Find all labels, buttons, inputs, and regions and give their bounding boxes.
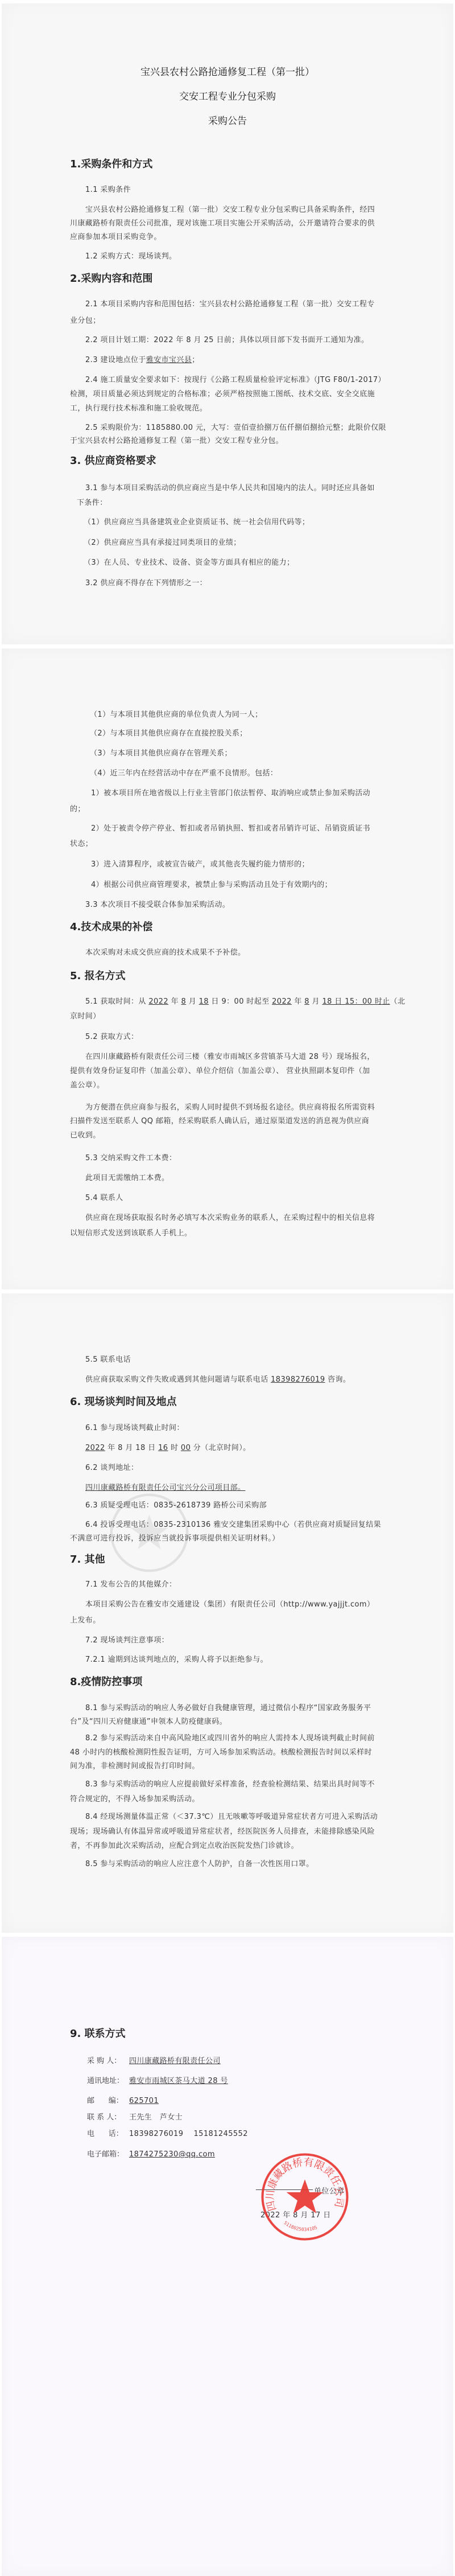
section-5-2-label: 5.2 获取方式： [85, 1030, 138, 1041]
section-6-4-text-1: 6.4 投诉受理电话：0835-2310136 雅安交建集团采购中心（若供应商对… [85, 1518, 381, 1529]
section-5-2-text-3: 盖公章）。 [70, 1079, 105, 1090]
section-8-5-text: 8.5 参与采购活动的响应人应注意个人防护，自备一次性医用口罩。 [85, 1858, 314, 1868]
company-seal-icon: 四川康藏路桥有限责任公司 5118025034105 [259, 2151, 351, 2243]
section-1-1-text-1: 宝兴县农村公路抢通修复工程（第一批）交安工程专业分包采购已具备采购条件，经四 [85, 203, 375, 214]
remote-signup-text-2: 扫描件发送至联系人 QQ 邮箱，经采购联系人确认后，通过原渠道发送的消息视为供应… [70, 1115, 369, 1125]
section-8-4-text-1: 8.4 经现场测量体温正常（＜37.3℃）且无咳嗽等呼吸道异常症状者方可进入采购… [85, 1810, 378, 1821]
section-2-4-text-1: 2.4 施工质量安全要求如下：按现行《公路工程质量检验评定标准》（JTG F80… [85, 373, 386, 384]
section-7-2-1-text: 7.2.1 逾期到达谈判地点的，采购人将予以拒绝参与。 [85, 1653, 268, 1664]
section-1-1-label: 1.1 采购条件 [85, 183, 131, 194]
condition-item: （1）供应商应当具备建筑业企业资质证书、统一社会信用代码等； [84, 516, 309, 527]
page-3 [2, 1293, 453, 1933]
section-2-1-text-1: 2.1 本项目采购内容和范围包括：宝兴县农村公路抢通修复工程（第一批）交安工程专 [85, 298, 375, 309]
section-4-text: 本次采购对未成交供应商的技术成果不予补偿。 [85, 946, 245, 957]
exclusion-item: （4）近三年内在经营活动中存在严重不良情形。包括： [90, 767, 278, 778]
svg-text:5118025034105: 5118025034105 [283, 2220, 318, 2232]
remote-signup-text-3: 已收到。 [70, 1129, 101, 1140]
section-6-1-label: 6.1 参与现场谈判截止时间： [85, 1421, 184, 1432]
section-5-2-text-2: 提供有效身份证复印件（加盖公章）、单位介绍信（加盖公章）、 营业执照副本复印件（… [70, 1065, 370, 1075]
section-5-4-text-1: 供应商在现场获取报名时务必填写本次采购业务的联系人，在采购过程中的相关信息将 [85, 1211, 375, 1222]
page-break [0, 644, 455, 648]
sub-item-2-line-2: 状态； [70, 837, 93, 848]
section-6-1-deadline: 2022 年 8 月 18 日 16 时 00 分（北京时间）。 [85, 1441, 251, 1452]
section-2-5-text-2: 于宝兴县农村公路抢通修复工程（第一批）交安工程专业分包。 [70, 434, 283, 445]
condition-item: （2）供应商应当具有承接过同类项目的业绩； [84, 536, 241, 547]
section-3-heading: 3. 供应商资格要求 [70, 453, 156, 467]
sub-item-1-line-1: 1）被本项目所在地省级以上行业主管部门依法暂停、取消响应或禁止参加采购活动 [91, 787, 370, 798]
section-6-heading: 6. 现场谈判时间及地点 [70, 1394, 177, 1408]
contact-row-person: 联 系 人：王先生 芦女士 [87, 2111, 183, 2122]
sub-item-3: 3）进入清算程序，或被宣告破产，或其他丧失履约能力情形的； [91, 858, 309, 869]
doc-title-line-1: 宝兴县农村公路抢通修复工程（第一批） [0, 64, 455, 78]
section-4-heading: 4.技术成果的补偿 [70, 919, 152, 934]
section-3-1-text-2: 下条件： [77, 496, 107, 507]
section-1-1-text-2: 川康藏路桥有限责任公司批准，现对该施工项目实施公开采购活动，公开邀请符合要求的供 [70, 217, 375, 228]
exclusion-item: （3）与本项目其他供应商存在管理关系； [90, 747, 232, 758]
section-3-1-text-1: 3.1 参与本项目采购活动的供应商应当是中华人民共和国境内的法人。同时还应具备如 [85, 482, 375, 492]
section-5-5-text: 供应商获取采购文件失败或遇到其他问题请与联系电话 18398276019 咨询。 [85, 1373, 350, 1384]
negotiation-address: 四川康藏路桥有限责任公司宝兴分公司项目部。 [85, 1481, 245, 1492]
section-1-heading: 1.采购条件和方式 [70, 156, 152, 171]
contact-phone: 18398276019 [271, 1375, 325, 1384]
email-link[interactable]: 1874275230@qq.com [129, 2150, 215, 2159]
section-8-1-text-2: 台”及“四川天府健康通”申领本人防疫健康码。 [70, 1715, 227, 1726]
contact-row-phone: 电 话：18398276019 15181245552 [87, 2127, 248, 2138]
section-8-3-text-2: 符合规定的，不得入场参加采购活动。 [70, 1793, 200, 1803]
section-7-2-label: 7.2 现场谈判注意事项： [85, 1634, 169, 1645]
section-6-3-text: 6.3 质疑受理电话：0835-2618739 路桥公司采购部 [85, 1499, 267, 1510]
section-2-2-text: 2.2 项目计划工期：2022 年 8 月 25 日前；具体以项目部下发书面开工… [85, 334, 369, 344]
sub-item-4: 4）根据公司供应商管理要求，被禁止参与采购活动且处于有效期内的； [91, 878, 332, 889]
contact-row-email: 电子邮箱：1874275230@qq.com [87, 2148, 215, 2159]
section-5-4-text-2: 以短信形式发送到该联系人手机上。 [70, 1227, 192, 1238]
section-5-5-label: 5.5 联系电话 [85, 1353, 131, 1364]
section-2-heading: 2.采购内容和范围 [70, 270, 152, 285]
section-8-4-text-3: 者，不再参加此次采购活动，应配合到定点收治医院发热门诊就诊。 [70, 1839, 299, 1850]
condition-item: （3）在人员、专业技术、设备、资金等方面具有相应的能力； [84, 556, 294, 567]
location-link: 雅安市宝兴县 [146, 356, 192, 364]
section-3-3-text: 3.3 本次项目不接受联合体参加采购活动。 [85, 898, 230, 909]
exclusion-item: （1）与本项目其他供应商的单位负责人为同一人； [90, 708, 262, 719]
page-break [0, 1289, 455, 1293]
section-8-4-text-2: 现场；现场确认有体温异常或呼吸道异常症状者，经医院医务人员排查，未能排除感染风险 [70, 1825, 375, 1836]
section-2-3-text: 2.3 建设地点位于雅安市宝兴县； [85, 354, 200, 364]
section-7-1-text-2: 上发布。 [70, 1614, 101, 1625]
section-5-3-text: 此项目无需缴纳工本费。 [85, 1172, 169, 1182]
section-1-1-text-3: 应商参加本项目采购竞争。 [70, 231, 162, 241]
section-2-5-text-1: 2.5 采购限价为：1185880.00 元，大写：壹佰壹拾捌万伍仟捌佰捌拾元整… [85, 421, 386, 432]
section-8-1-text-1: 8.1 参与采购活动的响应人务必做好自我健康管理，通过微信小程序“国家政务服务平 [85, 1702, 371, 1712]
section-6-4-text-2: 不满意可进行投诉，投诉应当就投诉事项提供相关证明材料。） [70, 1532, 280, 1543]
section-2-4-text-3: 工，执行现行技术标准和施工验收规范。 [70, 402, 207, 413]
contact-row-purchaser: 采 购 人：四川康藏路桥有限责任公司 [87, 2055, 221, 2065]
contact-row-postcode: 邮 编：625701 [87, 2094, 159, 2105]
section-7-1-text-1: 本项目采购公告在雅安市交通建设（集团）有限责任公司（http://www.yaj… [85, 1598, 374, 1609]
section-7-1-label: 7.1 发布公告的其他媒介： [85, 1578, 176, 1589]
exclusion-item: （2）与本项目其他供应商存在直接控股关系； [90, 727, 247, 738]
section-6-2-label: 6.2 谈判地址： [85, 1461, 138, 1472]
section-5-2-text-1: 在四川康藏路桥有限责任公司三楼（雅安市雨城区多营镇茶马大道 28 号）现场报名， [85, 1050, 375, 1061]
sub-item-1-line-2: 的； [70, 803, 85, 814]
section-2-4-text-2: 检测，项目质量必须达到规定的合格标准；必须严格按照施工图纸、技术交底、安全交底施 [70, 388, 375, 398]
page-break [0, 1933, 455, 1937]
section-8-3-text-1: 8.3 参与采购活动的响应人应提前做好采样准备，经查验检测结果、结果出具时间等不 [85, 1778, 375, 1789]
section-8-2-text-2: 48 小时内的核酸检测阴性报告证明，方可入场参加采购活动。核酸检测报告时间以采样… [70, 1746, 372, 1757]
section-5-3-label: 5.3 交纳采购文件工本费： [85, 1152, 176, 1162]
doc-title-line-2: 交安工程专业分包采购 [0, 88, 455, 102]
section-8-2-text-1: 8.2 参与采购活动来自中高风险地区或四川省外的响应人需持本人现场谈判截止时间前 [85, 1732, 375, 1743]
contact-row-address: 通讯地址：雅安市雨城区茶马大道 28 号 [87, 2074, 228, 2085]
section-8-2-text-3: 间为准，非检测时间或报告打印时间。 [70, 1760, 200, 1770]
section-5-1-text: 5.1 获取时间：从 2022 年 8 月 18 日 9：00 时起至 2022… [85, 995, 405, 1006]
section-7-heading: 7. 其他 [70, 1551, 105, 1566]
section-5-heading: 5. 报名方式 [70, 968, 126, 983]
section-1-2-text: 1.2 采购方式：现场谈判。 [85, 250, 176, 261]
section-2-1-text-2: 业分包； [70, 314, 101, 325]
section-8-heading: 8.疫情防控事项 [70, 1674, 142, 1688]
doc-title-line-3: 采购公告 [0, 113, 455, 127]
section-5-1-text-2: 京时间） [70, 1010, 101, 1021]
section-9-heading: 9. 联系方式 [70, 2026, 126, 2040]
sub-item-2-line-1: 2）处于被责令停产停业、暂扣或者吊销执照、暂扣或者吊销许可证、吊销资质证书 [91, 822, 370, 833]
section-5-4-label: 5.4 联系人 [85, 1192, 123, 1202]
remote-signup-text-1: 为方便潜在供应商参与报名，采购人同时提供不到场报名途径。供应商将报名所需资料 [85, 1101, 375, 1112]
section-3-2-text: 3.2 供应商不得存在下列情形之一： [85, 577, 207, 587]
